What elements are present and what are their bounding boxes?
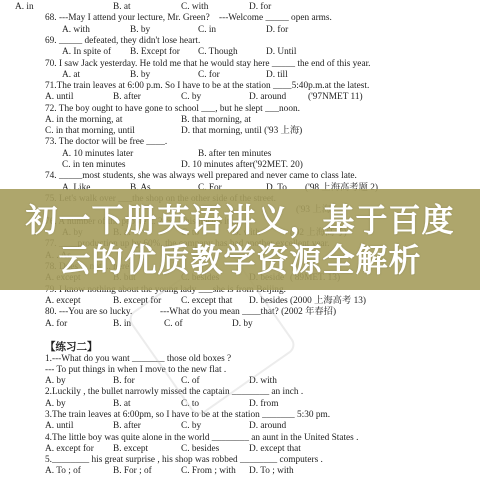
question-text: 70. I saw Jack yesterday. He told me tha… <box>45 59 370 70</box>
text-segment: C. to <box>181 399 199 410</box>
text-segment: D. for <box>249 2 271 13</box>
text-line: 80. ---You are so lucky.---What do you m… <box>0 307 480 318</box>
question-text: 80. ---You are so lucky. <box>45 307 132 318</box>
question-text: 72. The boy ought to have gone to school… <box>45 104 300 115</box>
question-text: 69. _____ defeated, they didn't lose hea… <box>45 36 200 47</box>
text-segment: C. Though <box>198 47 238 58</box>
text-segment: C. of <box>164 319 183 330</box>
question-text: 2.Luckily , the bullet narrowly missed t… <box>45 387 303 398</box>
text-segment: C. with <box>181 2 208 13</box>
text-line: A. atB. byC. forD. till <box>0 70 480 81</box>
text-segment: B. in <box>113 319 131 330</box>
text-segment: C. by <box>181 92 201 103</box>
text-line: C. in that morning, untilD. that morning… <box>0 126 480 137</box>
text-segment: A. by <box>45 399 66 410</box>
text-segment: C. besides <box>181 444 219 455</box>
text-line: 4.The little boy was quite alone in the … <box>0 433 480 444</box>
text-segment: C. of <box>181 376 200 387</box>
question-text: 68. ---May I attend your lecture, Mr. Gr… <box>45 13 210 24</box>
text-segment: C. From ; with <box>181 466 236 477</box>
text-segment: --- To put things in when I move to the … <box>45 365 226 376</box>
question-text: 74. _____most students, she was always w… <box>45 171 357 182</box>
text-line: 70. I saw Jack yesterday. He told me tha… <box>0 59 480 70</box>
text-segment: C. in <box>198 25 216 36</box>
text-line: A. 10 minutes laterB. after ten minutes <box>0 149 480 160</box>
text-segment: D. by <box>232 319 253 330</box>
question-text: 1.---What do you want _______ those old … <box>45 354 231 365</box>
text-segment: D. till <box>266 70 288 81</box>
text-segment: A. by <box>45 376 66 387</box>
text-segment: B. For ; of <box>113 466 152 477</box>
question-text: 71.The train leaves at 6:00 p.m. So I ha… <box>45 81 369 92</box>
text-segment: D. that morning, until ('93 上海) <box>181 126 302 137</box>
text-line: A. except forB. exceptC. besidesD. excep… <box>0 444 480 455</box>
text-segment: B. after <box>113 421 141 432</box>
text-segment: D. with <box>249 376 277 387</box>
text-line: A. byB. forC. ofD. with <box>0 376 480 387</box>
text-segment: B. Except for <box>130 47 180 58</box>
text-segment: A. 10 minutes later <box>62 149 133 160</box>
text-segment: C. in ten minutes <box>62 160 126 171</box>
text-segment: B. after ten minutes <box>198 149 271 160</box>
text-segment: B. at <box>113 399 131 410</box>
text-segment: A. with <box>62 25 90 36</box>
text-segment: B. by <box>130 70 150 81</box>
text-line: 5.________ his great surprise , his shop… <box>0 455 480 466</box>
text-segment: C. in that morning, until <box>45 126 135 137</box>
text-line: 74. _____most students, she was always w… <box>0 171 480 182</box>
text-segment: A. until <box>45 92 73 103</box>
text-line: A. untilB. afterC. byD. around <box>0 421 480 432</box>
text-line: 71.The train leaves at 6:00 p.m. So I ha… <box>0 81 480 92</box>
question-text: 5.________ his great surprise , his shop… <box>45 455 323 466</box>
text-line: 1.---What do you want _______ those old … <box>0 354 480 365</box>
text-segment: A. at <box>62 70 80 81</box>
title-banner: 初一下册英语讲义，基于百度 云的优质教学资源全解析 <box>0 189 480 290</box>
text-line: 73. The doctor will be free ____. <box>0 137 480 148</box>
text-line: A. exceptB. except forC. except thatD. b… <box>0 296 480 307</box>
text-line: A. To ; ofB. For ; ofC. From ; withD. To… <box>0 466 480 477</box>
text-segment: B. for <box>113 376 135 387</box>
text-segment: B. after <box>113 92 141 103</box>
text-segment: D. around <box>249 92 286 103</box>
text-segment: A. for <box>45 319 67 330</box>
section-heading: 【练习二】 <box>0 342 480 353</box>
banner-title-line-2: 云的优质教学资源全解析 <box>58 240 421 280</box>
text-line: 2.Luckily , the bullet narrowly missed t… <box>0 387 480 398</box>
text-line: A. untilB. afterC. byD. around('97NMET 1… <box>0 92 480 103</box>
text-segment: A. In spite of <box>62 47 111 58</box>
text-line: A. withB. byC. inD. for <box>0 25 480 36</box>
text-segment: B. except for <box>113 296 161 307</box>
text-line: --- To put things in when I move to the … <box>0 365 480 376</box>
text-segment: B. at <box>113 2 131 13</box>
text-segment: A. until <box>45 421 73 432</box>
text-segment: D. from <box>249 399 278 410</box>
text-line: A. forB. inC. ofD. by <box>0 319 480 330</box>
text-segment: D. besides (2000 上海高考 13) <box>249 296 366 307</box>
text-segment: D. 10 minutes after('92MET. 20) <box>181 160 303 171</box>
text-segment: ---What do you mean ____that? (2002 年春招) <box>160 307 336 318</box>
text-segment: A. except <box>45 296 81 307</box>
text-segment: C. for <box>198 70 220 81</box>
text-line: A. inB. atC. withD. for <box>0 2 480 13</box>
text-segment: ('97NMET 11) <box>308 92 363 103</box>
text-line: 68. ---May I attend your lecture, Mr. Gr… <box>0 13 480 24</box>
text-segment: A. in the morning, at <box>45 115 122 126</box>
text-segment: A. except for <box>45 444 94 455</box>
banner-title-line-1: 初一下册英语讲义，基于百度 <box>25 200 454 240</box>
text-segment: B. by <box>130 25 150 36</box>
text-segment: D. Until <box>266 47 296 58</box>
text-line: C. in ten minutesD. 10 minutes after('92… <box>0 160 480 171</box>
question-text: 3.The train leaves at 6:00pm, so I have … <box>45 410 330 421</box>
question-text: 73. The doctor will be free ____. <box>45 137 167 148</box>
text-line: A. In spite ofB. Except forC. ThoughD. U… <box>0 47 480 58</box>
text-segment: D. around <box>249 421 286 432</box>
text-segment: D. except that <box>249 444 301 455</box>
question-text: 4.The little boy was quite alone in the … <box>45 433 358 444</box>
text-line: 69. _____ defeated, they didn't lose hea… <box>0 36 480 47</box>
text-line: A. in the morning, atB. that morning, at <box>0 115 480 126</box>
text-segment: C. except that <box>181 296 232 307</box>
text-segment: B. that morning, at <box>181 115 251 126</box>
text-line: 72. The boy ought to have gone to school… <box>0 104 480 115</box>
text-segment: C. by <box>181 421 201 432</box>
text-segment: D. for <box>266 25 288 36</box>
text-segment: A. in <box>15 2 34 13</box>
text-segment: D. To ; with <box>249 466 294 477</box>
text-line: 3.The train leaves at 6:00pm, so I have … <box>0 410 480 421</box>
text-line: A. byB. atC. toD. from <box>0 399 480 410</box>
text-segment: B. except <box>113 444 148 455</box>
text-segment: 【练习二】 <box>45 342 98 353</box>
text-segment: A. To ; of <box>45 466 81 477</box>
text-segment: ---Welcome _____ open arms. <box>219 13 332 24</box>
